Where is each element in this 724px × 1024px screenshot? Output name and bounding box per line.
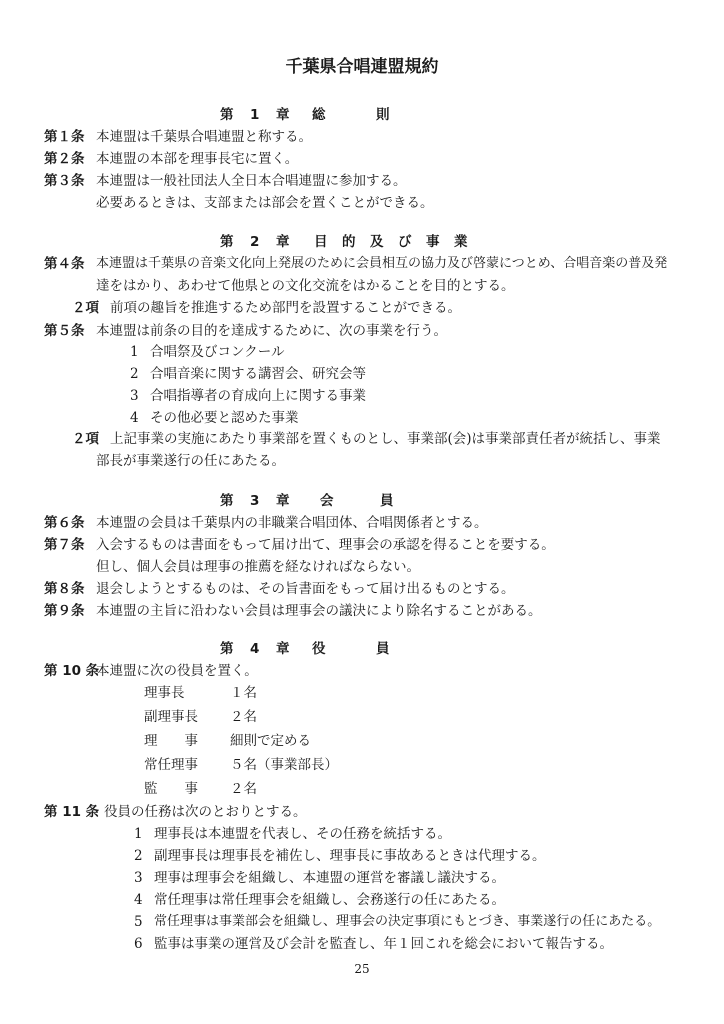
chapter-number: 2: [250, 233, 259, 251]
article-1-text: 本連盟は千葉県合唱連盟と称する。: [96, 128, 312, 146]
officer-role: 理 事: [144, 732, 198, 750]
list-item: 常任理事は常任理事会を組織し、会務遂行の任にあたる。: [154, 891, 505, 909]
chapter-name-part: 則: [376, 106, 390, 124]
list-item-number: 6: [134, 935, 143, 953]
officer-role: 理事長: [144, 684, 185, 702]
list-item: 合唱指導者の育成向上に関する事業: [150, 387, 366, 405]
chapter-name-part: び: [398, 233, 412, 251]
list-item: 副理事長は理事長を補佐し、理事長に事故あるときは代理する。: [154, 847, 546, 865]
article-11-label: 第 11 条: [44, 803, 99, 821]
list-item: 合唱音楽に関する講習会、研究会等: [150, 365, 366, 383]
chapter-unit: 章: [276, 640, 290, 658]
article-11-text: 役員の任務は次のとおりとする。: [104, 803, 307, 821]
page-number: 25: [0, 962, 724, 976]
chapter-number: 3: [250, 492, 259, 510]
chapter-name-part: 目: [314, 233, 328, 251]
article-5-label: 第５条: [44, 322, 85, 340]
list-item: その他必要と認めた事業: [150, 409, 299, 427]
officer-role: 副理事長: [144, 708, 198, 726]
chapter-number: 1: [250, 106, 259, 124]
list-item: 常任理事は事業部会を組織し、理事会の決定事項にもとづき、事業遂行の任にあたる。: [154, 913, 660, 931]
chapter-number: 4: [250, 640, 259, 658]
article-10-text: 本連盟に次の役員を置く。: [96, 662, 258, 680]
chapter-unit: 章: [276, 106, 290, 124]
article-4-text-continued: 達をはかり、あわせて他県との文化交流をはかることを目的とする。: [96, 277, 515, 295]
article-2-label: 第２条: [44, 150, 85, 168]
chapter-name-part: 役: [312, 640, 326, 658]
chapter-prefix: 第: [220, 233, 234, 251]
chapter-prefix: 第: [220, 640, 234, 658]
list-item-number: 2: [134, 847, 143, 865]
article-9-text: 本連盟の主旨に沿わない会員は理事会の議決により除名することがある。: [96, 602, 542, 620]
article-10-label: 第 10 条: [44, 662, 99, 680]
list-item-number: 4: [134, 891, 143, 909]
article-1-label: 第１条: [44, 128, 85, 146]
article-4-text: 本連盟は千葉県の音楽文化向上発展のために会員相互の協力及び啓蒙につとめ、合唱音楽…: [96, 255, 667, 273]
article-8-text: 退会しようとするものは、その旨書面をもって届け出るものとする。: [96, 580, 515, 598]
chapter-name-part: 業: [454, 233, 468, 251]
officer-role: 監 事: [144, 780, 198, 798]
chapter-name-part: 員: [380, 492, 394, 510]
officer-count: １名: [230, 684, 257, 702]
list-item-number: 5: [134, 913, 143, 931]
list-item-number: 3: [134, 869, 143, 887]
chapter-name-part: 員: [376, 640, 390, 658]
article-9-label: 第９条: [44, 602, 85, 620]
article-6-label: 第６条: [44, 514, 85, 532]
article-3-label: 第３条: [44, 172, 85, 190]
article-3-text-continued: 必要あるときは、支部または部会を置くことができる。: [96, 194, 434, 212]
article-8-label: 第８条: [44, 580, 85, 598]
officer-role: 常任理事: [144, 756, 198, 774]
list-item-number: 4: [130, 409, 139, 427]
article-3-text: 本連盟は一般社団法人全日本合唱連盟に参加する。: [96, 172, 407, 190]
list-item: 理事は理事会を組織し、本連盟の運営を審議し議決する。: [154, 869, 505, 887]
chapter-name-part: 及: [370, 233, 384, 251]
chapter-unit: 章: [276, 492, 290, 510]
officer-count: ２名: [230, 708, 257, 726]
article-7-text: 入会するものは書面をもって届け出て、理事会の承認を得ることを要する。: [96, 536, 555, 554]
chapter-prefix: 第: [220, 492, 234, 510]
list-item-number: 1: [134, 825, 143, 843]
chapter-name-part: 事: [426, 233, 440, 251]
list-item-number: 2: [130, 365, 139, 383]
article-5-paragraph-2-text: 上記事業の実施にあたり事業部を置くものとし、事業部(会)は事業部責任者が統括し、…: [110, 430, 661, 448]
list-item: 理事長は本連盟を代表し、その任務を統括する。: [154, 825, 451, 843]
chapter-name-part: 会: [320, 492, 334, 510]
officer-count: ２名: [230, 780, 257, 798]
article-4-label: 第４条: [44, 255, 85, 273]
article-2-text: 本連盟の本部を理事長宅に置く。: [96, 150, 298, 168]
chapter-prefix: 第: [220, 106, 234, 124]
article-7-label: 第７条: [44, 536, 85, 554]
chapter-unit: 章: [276, 233, 290, 251]
article-7-text-continued: 但し、個人会員は理事の推薦を経なければならない。: [96, 558, 420, 576]
chapter-name-part: 総: [312, 106, 326, 124]
article-4-paragraph-2-label: ２項: [72, 299, 99, 317]
article-4-paragraph-2-text: 前項の趣旨を推進するため部門を設置することができる。: [110, 299, 461, 317]
officer-count: 細則で定める: [230, 732, 311, 750]
list-item: 監事は事業の運営及び会計を監査し、年１回これを総会において報告する。: [154, 935, 613, 953]
document-title: 千葉県合唱連盟規約: [0, 52, 724, 77]
article-5-paragraph-2-text-continued: 部長が事業遂行の任にあたる。: [96, 452, 285, 470]
list-item: 合唱祭及びコンクール: [150, 343, 284, 361]
article-6-text: 本連盟の会員は千葉県内の非職業合唱団体、合唱関係者とする。: [96, 514, 488, 532]
chapter-name-part: 的: [342, 233, 356, 251]
article-5-paragraph-2-label: ２項: [72, 430, 99, 448]
officer-count: ５名（事業部長）: [230, 756, 338, 774]
list-item-number: 1: [130, 343, 139, 361]
article-5-text: 本連盟は前条の目的を達成するために、次の事業を行う。: [96, 322, 447, 340]
list-item-number: 3: [130, 387, 139, 405]
